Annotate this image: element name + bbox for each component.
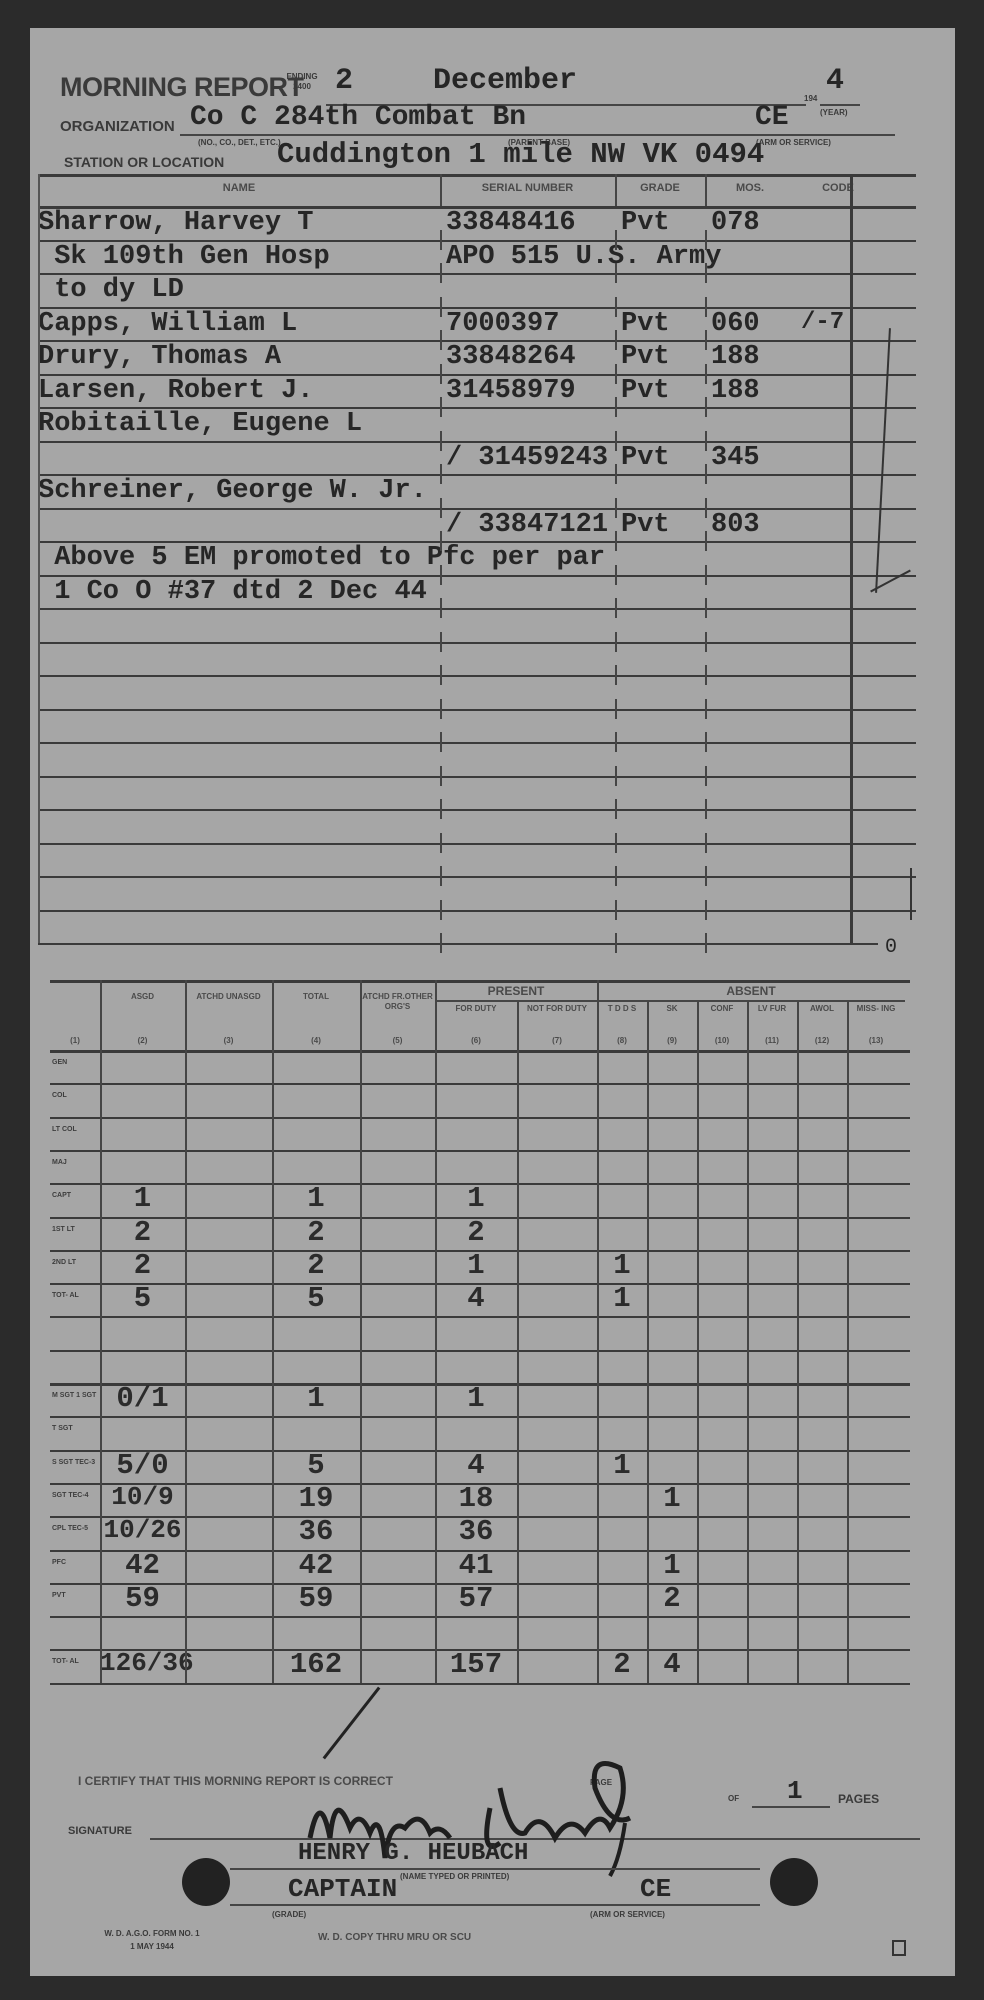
roster-cell-serial: / 31459243 — [446, 443, 608, 473]
roster-col-tick — [705, 531, 707, 551]
cell-total: 162 — [272, 1648, 360, 1681]
col-label: ATCHD UNASGD — [185, 992, 272, 1002]
cell-for-duty: 1 — [435, 1182, 517, 1215]
cell-total: 1 — [272, 1182, 360, 1215]
rank-label: CPL TEC-5 — [52, 1524, 98, 1535]
binder-hole-left — [182, 1858, 230, 1906]
roster-col-tick — [705, 263, 707, 283]
rank-label: GEN — [52, 1058, 98, 1069]
roster-col-tick — [615, 230, 617, 250]
code-col-divider — [850, 174, 853, 943]
col-label: AWOL — [797, 1004, 847, 1014]
strength-col-divider — [647, 1000, 649, 1683]
strength-col-header: CONF — [697, 1004, 747, 1014]
strength-col-header: ASGD — [100, 992, 185, 1002]
strength-row-rule — [50, 1316, 910, 1318]
roster-col-tick — [615, 565, 617, 585]
cell-total: 59 — [272, 1582, 360, 1615]
roster-col-tick — [440, 766, 442, 786]
rank-label: LT COL — [52, 1125, 98, 1136]
grade-line — [230, 1904, 760, 1906]
year-prefix: 194 — [804, 94, 817, 103]
cell-asgd: 2 — [100, 1249, 185, 1282]
roster-cell-name: Schreiner, George W. Jr. — [38, 476, 427, 506]
organization-value: Co C 284th Combat Bn — [190, 102, 526, 133]
grade-caption: (GRADE) — [272, 1910, 306, 1919]
name-line — [230, 1868, 760, 1870]
roster-header-grade: GRADE — [615, 182, 705, 196]
cell-for-duty: 41 — [435, 1549, 517, 1582]
signer-arm: CE — [640, 1874, 671, 1904]
strength-col-divider — [847, 1000, 849, 1683]
roster-col-tick — [705, 397, 707, 417]
roster-row-rule — [38, 943, 878, 945]
arm-service-value: CE — [755, 102, 789, 133]
roster-cell-name: Above 5 EM promoted to Pfc per par — [38, 543, 605, 573]
strength-row-rule — [50, 1083, 910, 1085]
strength-row-rule — [50, 1416, 910, 1418]
strength-row-rule — [50, 1117, 910, 1119]
rank-label: 2ND LT — [52, 1258, 98, 1269]
strength-col-header: NOT FOR DUTY — [517, 1004, 597, 1014]
roster-col-tick — [440, 665, 442, 685]
rank-label: PVT — [52, 1591, 98, 1602]
roster-cell-mos: 803 — [711, 510, 760, 540]
year-underline — [820, 104, 860, 106]
cell-asgd: 2 — [100, 1216, 185, 1249]
cell-tdds: 2 — [597, 1648, 647, 1681]
roster-col-tick — [615, 598, 617, 618]
cell-total: 19 — [272, 1482, 360, 1515]
roster-col-tick — [440, 799, 442, 819]
strength-col-divider — [697, 1000, 699, 1683]
cell-total: 2 — [272, 1216, 360, 1249]
roster-col-tick — [615, 632, 617, 652]
roster-col-tick — [440, 833, 442, 853]
strength-col-divider — [517, 1000, 519, 1683]
roster-col-tick — [705, 364, 707, 384]
roster-header-name: NAME — [38, 182, 440, 196]
cell-total: 42 — [272, 1549, 360, 1582]
roster-cell-serial: 31458979 — [446, 376, 576, 406]
strength-col-header: LV FUR — [747, 1004, 797, 1014]
group-header-rule — [435, 1000, 905, 1002]
col-label: MISS- ING — [847, 1004, 905, 1014]
roster-row-rule — [38, 642, 916, 644]
roster-col-tick — [440, 866, 442, 886]
col-label: T D D S — [597, 1004, 647, 1014]
strength-col-number: (4) — [272, 1036, 360, 1046]
roster-col-tick — [615, 531, 617, 551]
roster-col-tick — [440, 531, 442, 551]
strength-col-header: FOR DUTY — [435, 1004, 517, 1014]
roster-col-tick — [615, 833, 617, 853]
roster-header-mos: MOS. — [705, 182, 795, 196]
roster-col-tick — [705, 665, 707, 685]
rank-label: T SGT — [52, 1424, 98, 1435]
cell-for-duty: 57 — [435, 1582, 517, 1615]
cell-for-duty: 4 — [435, 1282, 517, 1315]
cell-tdds: 1 — [597, 1449, 647, 1482]
strength-col-number: (2) — [100, 1036, 185, 1046]
cell-for-duty: 4 — [435, 1449, 517, 1482]
roster-col-tick — [705, 230, 707, 250]
roster-col-tick — [615, 766, 617, 786]
col-label: ATCHD FR.OTHER ORG'S — [360, 992, 435, 1012]
roster-cell-grade: Pvt — [621, 342, 670, 372]
roster-col-tick — [440, 565, 442, 585]
roster-col-tick — [705, 732, 707, 752]
cell-total: 5 — [272, 1282, 360, 1315]
cell-total: 5 — [272, 1449, 360, 1482]
strength-col-divider — [360, 980, 362, 1683]
roster-cell-name: 1 Co O #37 dtd 2 Dec 44 — [38, 577, 427, 607]
arm-caption: (ARM OR SERVICE) — [756, 138, 831, 147]
roster-col-tick — [615, 732, 617, 752]
roster-col-tick — [705, 498, 707, 518]
rank-label: TOT- AL — [52, 1291, 98, 1302]
roster-cell-name: Sk 109th Gen Hosp — [38, 242, 330, 272]
cell-asgd: 5/0 — [100, 1449, 185, 1482]
strength-col-divider — [272, 980, 274, 1683]
cell-for-duty: 157 — [435, 1648, 517, 1681]
cell-sk: 1 — [647, 1549, 697, 1582]
roster-cell-name: Sharrow, Harvey T — [38, 208, 313, 238]
roster-col-tick — [705, 565, 707, 585]
roster-col-tick — [615, 498, 617, 518]
name-caption: (NAME TYPED OR PRINTED) — [400, 1872, 509, 1881]
strength-top-rule — [50, 980, 910, 983]
roster-cell-serial: APO 515 U.S. Army — [446, 242, 721, 272]
strength-col-header: MISS- ING — [847, 1004, 905, 1014]
rank-label: SGT TEC-4 — [52, 1491, 98, 1502]
strength-col-number: (10) — [697, 1036, 747, 1046]
roster-cell-grade: Pvt — [621, 376, 670, 406]
roster-cell-mos: 345 — [711, 443, 760, 473]
cell-asgd: 1 — [100, 1182, 185, 1215]
col-label: LV FUR — [747, 1004, 797, 1014]
ending-text: ENDING — [282, 72, 322, 82]
strength-col-number: (5) — [360, 1036, 435, 1046]
absent-group-header: ABSENT — [597, 984, 905, 999]
report-month: December — [433, 64, 577, 98]
roster-row-rule — [38, 843, 916, 845]
roster-cell-code: /-7 — [801, 309, 844, 336]
form-title: MORNING REPORT — [60, 72, 304, 103]
strength-row-rule — [50, 1350, 910, 1352]
strength-col-divider — [797, 1000, 799, 1683]
pages-label: PAGES — [838, 1792, 879, 1806]
roster-col-tick — [705, 632, 707, 652]
roster-row-rule — [38, 876, 916, 878]
organization-label: ORGANIZATION — [60, 118, 175, 135]
rank-label: CAPT — [52, 1191, 98, 1202]
roster-cell-grade: Pvt — [621, 309, 670, 339]
cell-tdds: 1 — [597, 1249, 647, 1282]
organization-caption: (NO., CO., DET., ETC.) — [198, 138, 281, 147]
strength-col-divider — [100, 980, 102, 1683]
roster-col-tick — [615, 699, 617, 719]
code-pencil-mark — [910, 868, 912, 920]
roster-col-tick — [705, 866, 707, 886]
form-date: 1 MAY 1944 — [52, 1941, 252, 1954]
copy-note: W. D. COPY THRU MRU OR SCU — [318, 1932, 471, 1943]
roster-row-rule — [38, 608, 916, 610]
strength-row-rule — [50, 1683, 910, 1685]
roster-col-tick — [615, 263, 617, 283]
report-day: 2 — [335, 64, 353, 98]
roster-col-tick — [615, 866, 617, 886]
strength-col-header: SK — [647, 1004, 697, 1014]
roster-col-tick — [615, 900, 617, 920]
roster-col-tick — [440, 330, 442, 350]
roster-header-code: CODE — [795, 182, 881, 196]
roster-col-tick — [615, 464, 617, 484]
station-label: STATION OR LOCATION — [64, 154, 224, 170]
strength-col-number: (11) — [747, 1036, 797, 1046]
roster-cell-name: Drury, Thomas A — [38, 342, 281, 372]
roster-col-tick — [705, 900, 707, 920]
roster-col-tick — [615, 364, 617, 384]
roster-col-tick — [440, 431, 442, 451]
cell-total: 36 — [272, 1515, 360, 1548]
cell-asgd: 59 — [100, 1582, 185, 1615]
roster-cell-serial: / 33847121 — [446, 510, 608, 540]
cell-asgd: 5 — [100, 1282, 185, 1315]
roster-col-tick — [615, 933, 617, 953]
roster-col-divider — [615, 174, 617, 206]
strength-col-number: (3) — [185, 1036, 272, 1046]
roster-col-tick — [440, 397, 442, 417]
strength-col-divider — [185, 980, 187, 1683]
cell-sk: 1 — [647, 1482, 697, 1515]
rank-label: TOT- AL — [52, 1657, 98, 1668]
code-mark-bottom: 0 — [885, 936, 897, 959]
form-number: W. D. A.G.O. FORM NO. 1 — [52, 1928, 252, 1941]
roster-col-tick — [705, 766, 707, 786]
roster-col-tick — [440, 732, 442, 752]
col-label: NOT FOR DUTY — [517, 1004, 597, 1014]
roster-cell-grade: Pvt — [621, 443, 670, 473]
present-group-header: PRESENT — [435, 984, 597, 999]
binder-hole-right — [770, 1858, 818, 1906]
cell-for-duty: 18 — [435, 1482, 517, 1515]
roster-col-tick — [440, 464, 442, 484]
strength-row-rule — [50, 1616, 910, 1618]
roster-col-tick — [615, 397, 617, 417]
corner-box-icon — [892, 1940, 906, 1956]
roster-col-tick — [440, 364, 442, 384]
organization-underline — [180, 134, 895, 136]
morning-report-form: MORNING REPORT ENDING 2400 2 December 19… — [30, 28, 955, 1976]
col-label: FOR DUTY — [435, 1004, 517, 1014]
strength-col-number: (7) — [517, 1036, 597, 1046]
col-label: CONF — [697, 1004, 747, 1014]
cell-asgd: 10/9 — [100, 1482, 185, 1512]
roster-col-tick — [440, 498, 442, 518]
col-label: SK — [647, 1004, 697, 1014]
ending-time: 2400 — [282, 82, 322, 92]
col-label: TOTAL — [272, 992, 360, 1002]
strength-col-header: AWOL — [797, 1004, 847, 1014]
signer-grade: CAPTAIN — [288, 1874, 397, 1904]
roster-col-divider — [440, 174, 442, 206]
page-total: 1 — [787, 1776, 803, 1806]
roster-cell-grade: Pvt — [621, 208, 670, 238]
roster-header-serial: SERIAL NUMBER — [440, 182, 615, 196]
roster-cell-mos: 078 — [711, 208, 760, 238]
code-bracket-mark — [875, 328, 891, 593]
rank-label: COL — [52, 1091, 98, 1102]
roster-col-tick — [615, 431, 617, 451]
roster-cell-serial: 33848264 — [446, 342, 576, 372]
strength-row-rule — [50, 1150, 910, 1152]
pages-underline — [752, 1806, 830, 1808]
station-value: Cuddington 1 mile NW VK 0494 — [277, 138, 764, 171]
strength-col-header: TOTAL — [272, 992, 360, 1002]
strength-header-rule — [50, 1050, 910, 1053]
cell-asgd: 10/26 — [100, 1515, 185, 1545]
roster-col-tick — [705, 833, 707, 853]
roster-cell-mos: 188 — [711, 342, 760, 372]
roster-col-tick — [440, 263, 442, 283]
roster-col-tick — [705, 297, 707, 317]
cell-asgd: 126/36 — [100, 1648, 185, 1678]
rank-label: PFC — [52, 1558, 98, 1569]
rank-label: 1ST LT — [52, 1225, 98, 1236]
roster-col-tick — [705, 464, 707, 484]
roster-row-rule — [38, 675, 916, 677]
roster-col-tick — [440, 699, 442, 719]
roster-cell-name: Robitaille, Eugene L — [38, 409, 362, 439]
strength-col-header: T D D S — [597, 1004, 647, 1014]
roster-col-tick — [705, 699, 707, 719]
cell-tdds: 1 — [597, 1282, 647, 1315]
roster-col-tick — [705, 431, 707, 451]
roster-col-tick — [705, 330, 707, 350]
strength-col-number: (12) — [797, 1036, 847, 1046]
roster-col-tick — [615, 799, 617, 819]
cell-asgd: 0/1 — [100, 1382, 185, 1415]
strength-col-number: (13) — [847, 1036, 905, 1046]
roster-col-tick — [440, 297, 442, 317]
report-year: 4 — [826, 64, 844, 98]
roster-col-tick — [440, 933, 442, 953]
col-label: ASGD — [100, 992, 185, 1002]
rank-label: M SGT 1 SGT — [52, 1391, 98, 1402]
rank-label: S SGT TEC-3 — [52, 1458, 98, 1469]
cell-total: 1 — [272, 1382, 360, 1415]
year-caption: (YEAR) — [820, 108, 848, 117]
roster-cell-mos: 060 — [711, 309, 760, 339]
roster-col-tick — [705, 598, 707, 618]
cell-asgd: 42 — [100, 1549, 185, 1582]
ending-label: ENDING 2400 — [282, 72, 322, 93]
roster-left-border — [38, 174, 40, 943]
roster-cell-name: to dy LD — [38, 275, 184, 305]
arm-service-caption: (ARM OR SERVICE) — [590, 1910, 665, 1919]
strength-col-divider — [435, 980, 437, 1683]
strength-col-number: (6) — [435, 1036, 517, 1046]
strength-col-divider — [747, 1000, 749, 1683]
header-rule — [38, 174, 916, 177]
roster-row-rule — [38, 709, 916, 711]
roster-col-tick — [440, 632, 442, 652]
cell-for-duty: 1 — [435, 1249, 517, 1282]
rank-label: MAJ — [52, 1158, 98, 1169]
strength-col-number: (9) — [647, 1036, 697, 1046]
roster-col-tick — [440, 598, 442, 618]
cell-for-duty: 2 — [435, 1216, 517, 1249]
roster-col-divider — [705, 174, 707, 206]
roster-col-tick — [615, 330, 617, 350]
strength-col-number: (8) — [597, 1036, 647, 1046]
strength-col-header: ATCHD FR.OTHER ORG'S — [360, 992, 435, 1012]
strength-col-number: (1) — [50, 1036, 100, 1046]
cell-for-duty: 36 — [435, 1515, 517, 1548]
cell-sk: 2 — [647, 1582, 697, 1615]
strength-col-divider — [597, 980, 599, 1683]
roster-cell-name: Larsen, Robert J. — [38, 376, 313, 406]
signer-name: HENRY G. HEUBACH — [298, 1840, 528, 1867]
roster-row-rule — [38, 742, 916, 744]
roster-col-tick — [440, 900, 442, 920]
cell-sk: 4 — [647, 1648, 697, 1681]
roster-col-tick — [705, 933, 707, 953]
roster-col-tick — [615, 665, 617, 685]
roster-row-rule — [38, 809, 916, 811]
roster-col-tick — [615, 297, 617, 317]
cell-total: 2 — [272, 1249, 360, 1282]
strength-col-header: ATCHD UNASGD — [185, 992, 272, 1002]
roster-cell-serial: 33848416 — [446, 208, 576, 238]
roster-cell-serial: 7000397 — [446, 309, 559, 339]
roster-col-tick — [440, 230, 442, 250]
roster-cell-name: Capps, William L — [38, 309, 297, 339]
roster-row-rule — [38, 910, 916, 912]
roster-cell-grade: Pvt — [621, 510, 670, 540]
roster-cell-mos: 188 — [711, 376, 760, 406]
form-identifier: W. D. A.G.O. FORM NO. 1 1 MAY 1944 — [52, 1928, 252, 1954]
cell-for-duty: 1 — [435, 1382, 517, 1415]
roster-row-rule — [38, 776, 916, 778]
roster-col-tick — [705, 799, 707, 819]
signature-label: SIGNATURE — [68, 1825, 132, 1837]
